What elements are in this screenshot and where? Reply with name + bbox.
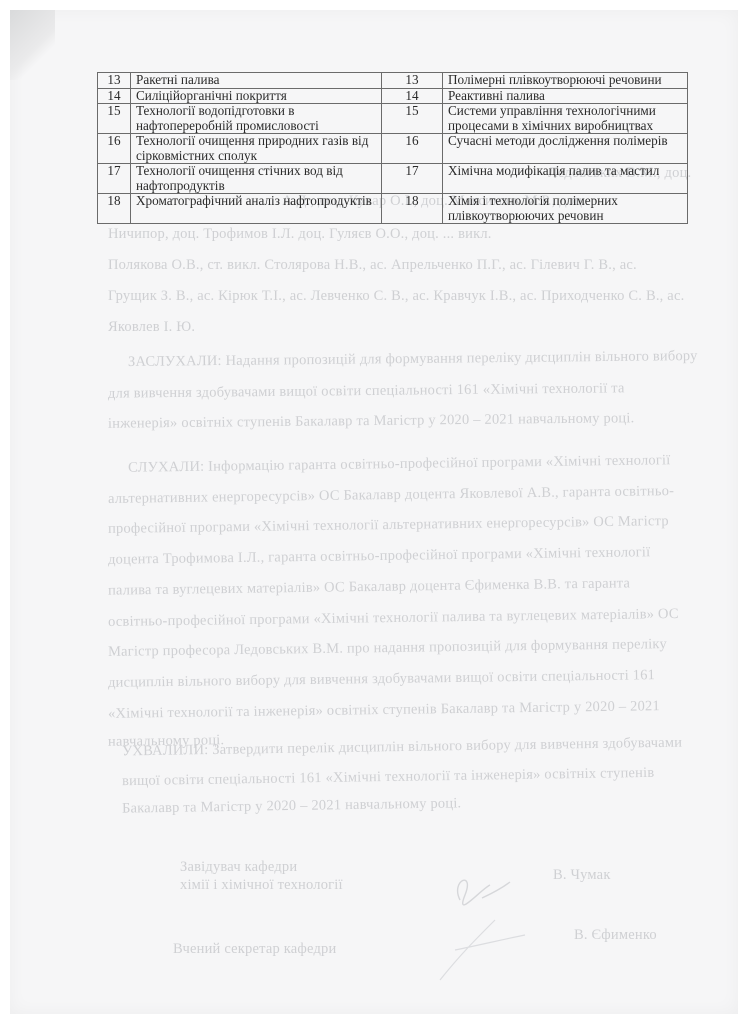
signature-marks — [420, 860, 530, 990]
left-course-title: Силіційорганічні покриття — [131, 88, 382, 104]
ghost-head-title: Завідувач кафедри — [180, 860, 297, 875]
ghost-line: Яковлев І. Ю. — [108, 320, 195, 335]
left-course-number: 17 — [98, 164, 131, 194]
right-course-number: 14 — [382, 88, 443, 104]
right-course-number: 17 — [382, 164, 443, 194]
table-row: 15 Технології водопідготовки в нафтопере… — [98, 104, 688, 134]
ghost-secretary-title: Вчений секретар кафедри — [173, 942, 336, 957]
table-row: 17 Технології очищення стічних вод від н… — [98, 164, 688, 194]
right-course-title: Полімерні плівкоутворюючі речовини — [443, 73, 688, 89]
left-course-title: Хроматографічний аналіз нафтопродуктів — [131, 194, 382, 224]
left-course-number: 15 — [98, 104, 131, 134]
left-course-title: Ракетні палива — [131, 73, 382, 89]
page-fold-shadow — [10, 10, 55, 80]
left-course-number: 14 — [98, 88, 131, 104]
ghost-line: Ничипор, доц. Трофимов І.Л. доц. Гуляєв … — [108, 227, 492, 242]
left-course-title: Технології очищення стічних вод від нафт… — [131, 164, 382, 194]
table-row: 16 Технології очищення природних газів в… — [98, 134, 688, 164]
table-row: 18 Хроматографічний аналіз нафтопродукті… — [98, 194, 688, 224]
right-course-number: 18 — [382, 194, 443, 224]
right-course-title: Сучасні методи дослідження полімерів — [443, 134, 688, 164]
elective-courses-table: 13 Ракетні палива 13 Полімерні плівкоутв… — [97, 72, 688, 224]
left-course-number: 13 — [98, 73, 131, 89]
right-course-title: Реактивні палива — [443, 88, 688, 104]
right-course-number: 16 — [382, 134, 443, 164]
left-course-title: Технології водопідготовки в нафтоперероб… — [131, 104, 382, 134]
ghost-secretary-name: В. Єфименко — [574, 928, 657, 943]
ghost-head-title: хімії і хімічної технології — [180, 878, 343, 893]
right-course-title: Хімія і технологія полімерних плівкоутво… — [443, 194, 688, 224]
right-course-number: 13 — [382, 73, 443, 89]
left-course-number: 16 — [98, 134, 131, 164]
table-row: 13 Ракетні палива 13 Полімерні плівкоутв… — [98, 73, 688, 89]
right-course-title: Системи управління технологічними процес… — [443, 104, 688, 134]
ghost-line: Грущик З. В., ас. Кірюк Т.І., ас. Левчен… — [108, 289, 684, 304]
table-row: 14 Силіційорганічні покриття 14 Реактивн… — [98, 88, 688, 104]
right-course-title: Хімічна модифікація палив та мастил — [443, 164, 688, 194]
ghost-line: Полякова О.В., ст. викл. Столярова Н.В.,… — [108, 258, 637, 273]
ghost-head-name: В. Чумак — [553, 868, 611, 883]
left-course-title: Технології очищення природних газів від … — [131, 134, 382, 164]
right-course-number: 15 — [382, 104, 443, 134]
left-course-number: 18 — [98, 194, 131, 224]
